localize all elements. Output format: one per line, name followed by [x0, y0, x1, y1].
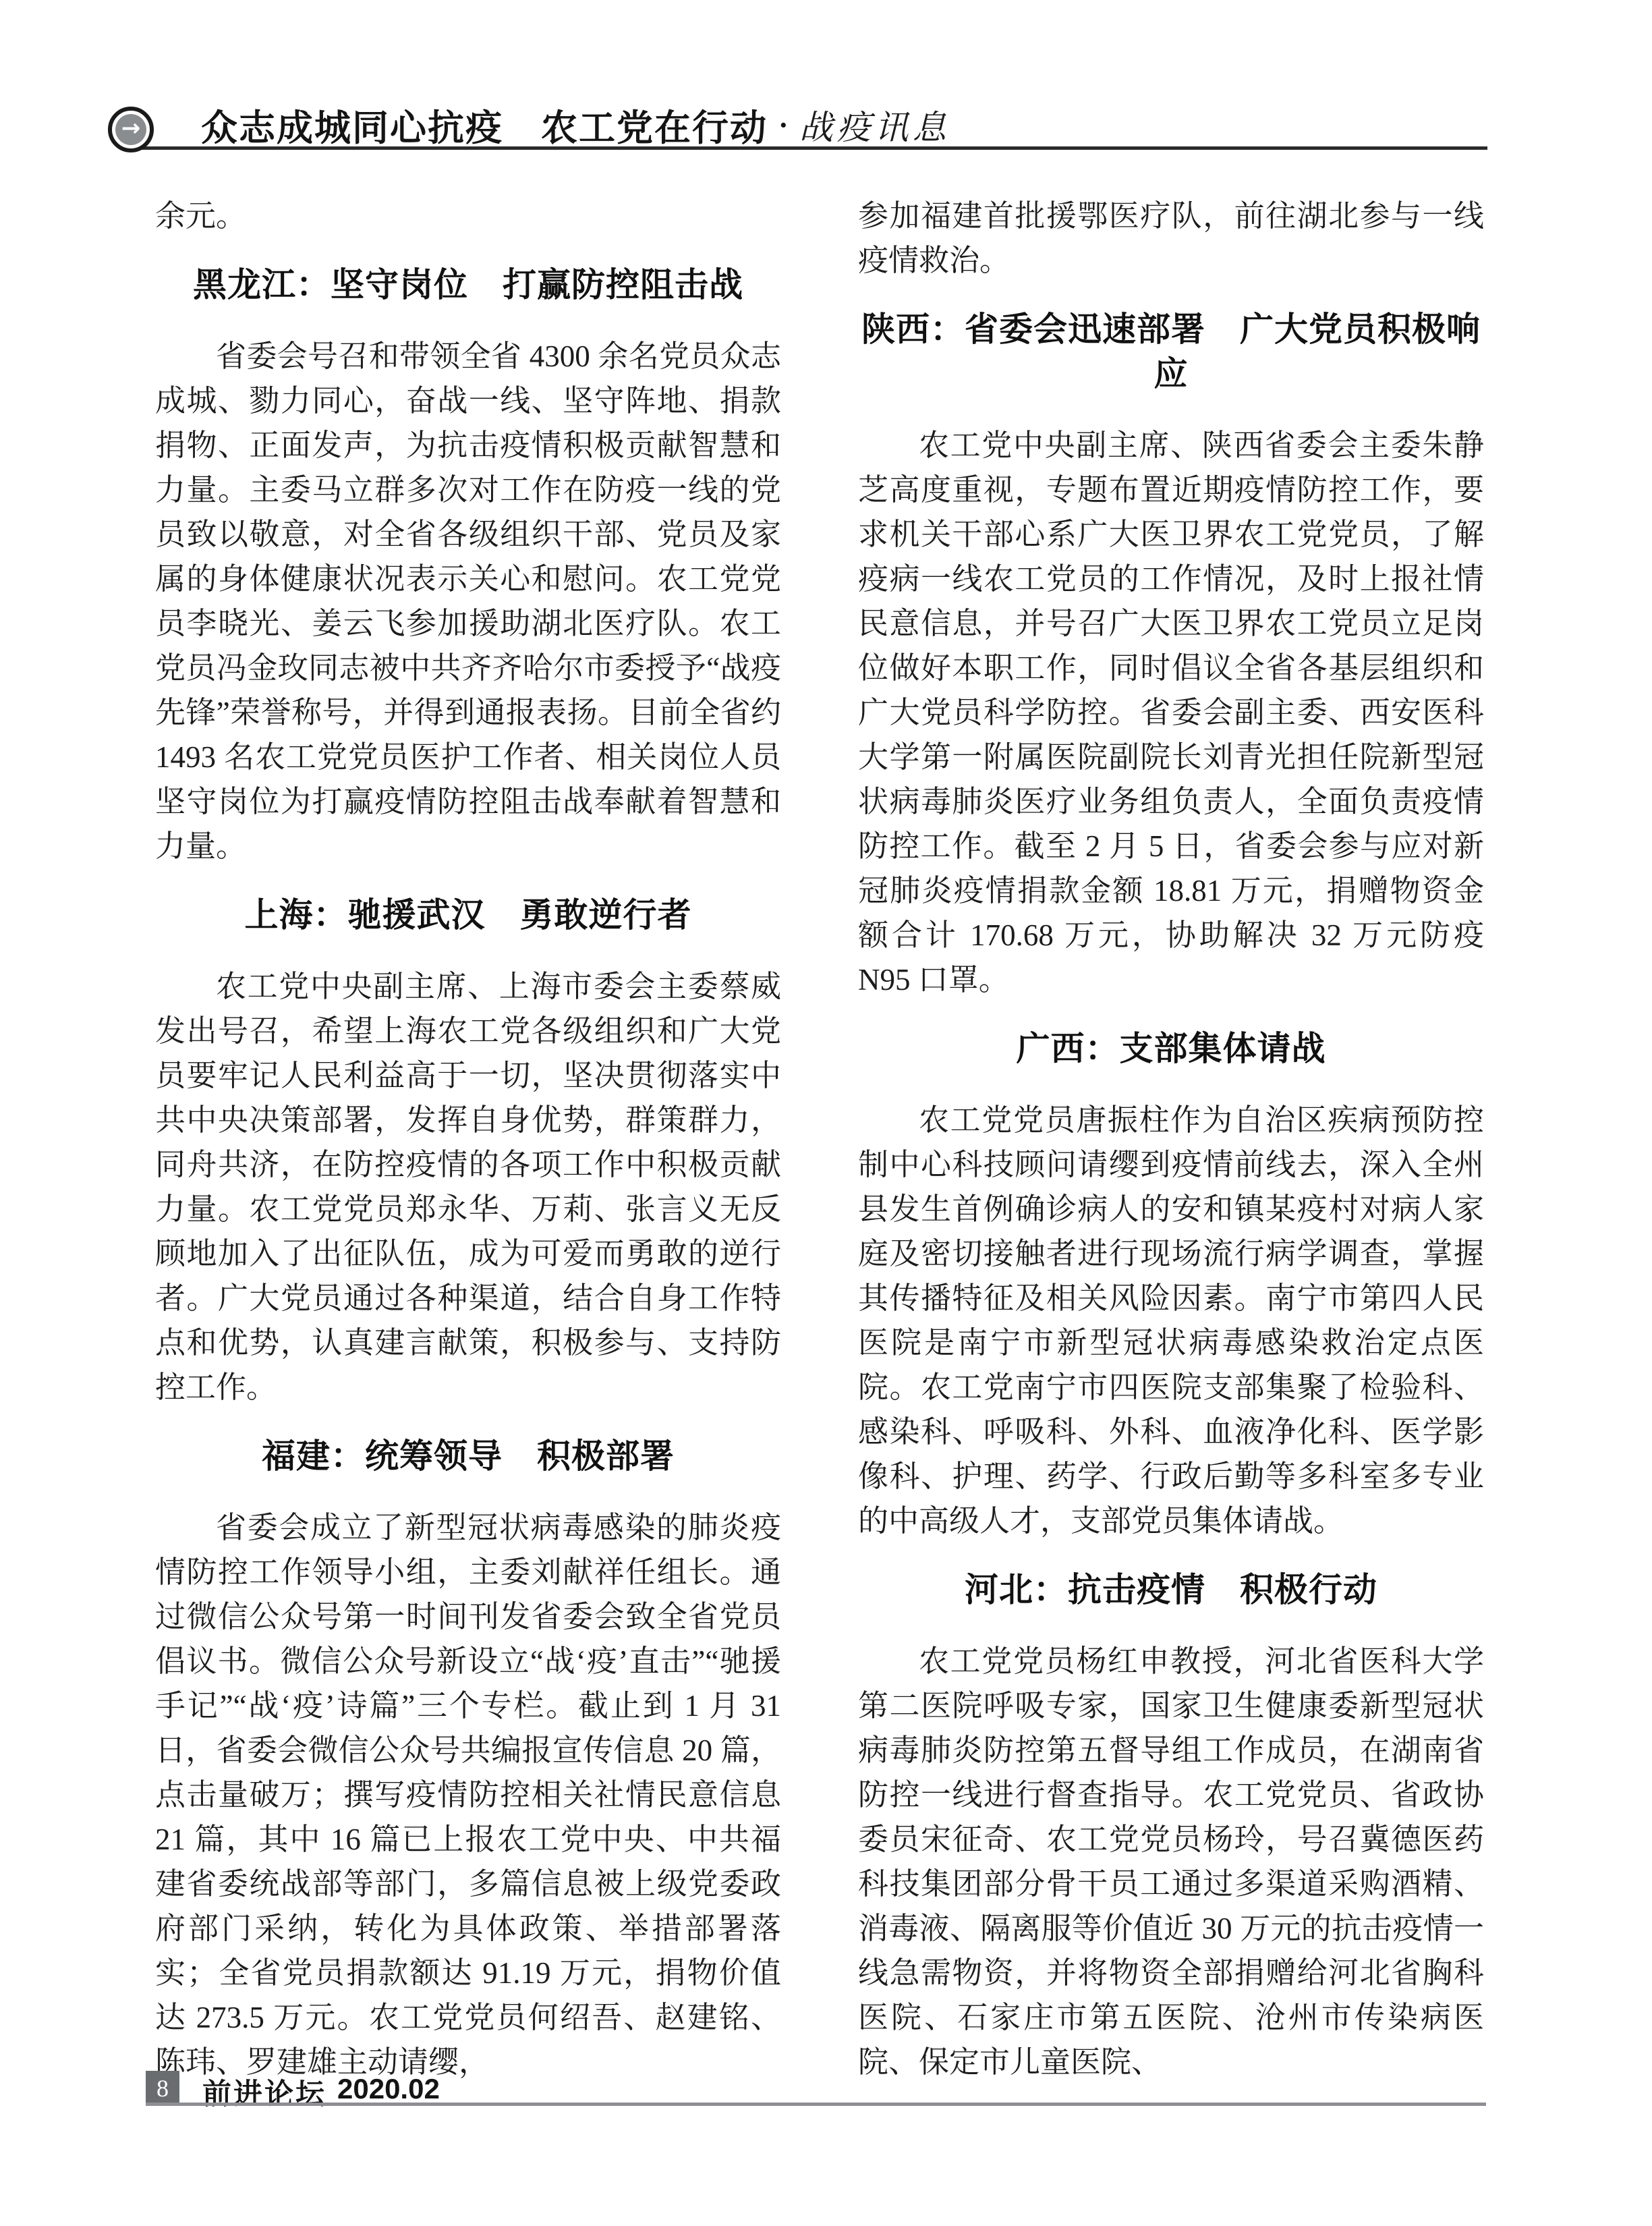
- section-heading-shaanxi: 陕西：省委会迅速部署 广大党员积极响应: [858, 307, 1484, 396]
- section-body-hebei: 农工党党员杨红申教授，河北省医科大学第二医院呼吸专家，国家卫生健康委新型冠状病毒…: [858, 1639, 1484, 2084]
- section-body-fujian: 省委会成立了新型冠状病毒感染的肺炎疫情防控工作领导小组，主委刘献祥任组长。通过微…: [155, 1505, 781, 2084]
- section-body-heilongjiang: 省委会号召和带领全省 4300 余名党员众志成城、勠力同心，奋战一线、坚守阵地、…: [155, 334, 781, 868]
- section-heading-shanghai: 上海：驰援武汉 勇敢逆行者: [155, 893, 781, 937]
- footer-rule: [146, 2103, 1486, 2106]
- page-number-badge: 8: [146, 2071, 179, 2106]
- section-heading-fujian: 福建：统筹领导 积极部署: [155, 1434, 781, 1478]
- header-title-sub: 战疫讯息: [799, 101, 950, 149]
- arrow-right-icon: →: [108, 107, 154, 152]
- section-body-guangxi: 农工党党员唐振柱作为自治区疾病预防控制中心科技顾问请缨到疫情前线去，深入全州县发…: [858, 1098, 1484, 1543]
- issue-number: 2020.02: [337, 2073, 440, 2105]
- section-heading-hebei: 河北：抗击疫情 积极行动: [858, 1567, 1484, 1612]
- section-heading-guangxi: 广西：支部集体请战: [858, 1026, 1484, 1071]
- page-header: 众志成城同心抗疫 农工党在行动 · 战疫讯息: [201, 101, 950, 148]
- right-column: 参加福建首批援鄂医疗队，前往湖北参与一线疫情救治。 陕西：省委会迅速部署 广大党…: [858, 194, 1484, 2084]
- arrow-right-icon-inner: →: [115, 114, 146, 145]
- section-body-shaanxi: 农工党中央副主席、陕西省委会主委朱静芝高度重视，专题布置近期疫情防控工作，要求机…: [858, 423, 1484, 1002]
- journal-name: 前进论坛: [202, 2071, 326, 2113]
- section-body-shanghai: 农工党中央副主席、上海市委会主委蔡威发出号召，希望上海农工党各级组织和广大党员要…: [155, 964, 781, 1410]
- left-continuation-text: 余元。: [155, 194, 781, 238]
- section-heading-heilongjiang: 黑龙江：坚守岗位 打赢防控阻击战: [155, 262, 781, 307]
- left-column: 余元。 黑龙江：坚守岗位 打赢防控阻击战 省委会号召和带领全省 4300 余名党…: [155, 194, 781, 2084]
- header-title-main: 众志成城同心抗疫 农工党在行动: [201, 99, 768, 151]
- magazine-page: → 众志成城同心抗疫 农工党在行动 · 战疫讯息 余元。 黑龙江：坚守岗位 打赢…: [0, 0, 1652, 2226]
- right-continuation-text: 参加福建首批援鄂医疗队，前往湖北参与一线疫情救治。: [858, 194, 1484, 283]
- arrow-glyph: →: [121, 117, 141, 140]
- header-separator: ·: [778, 108, 789, 142]
